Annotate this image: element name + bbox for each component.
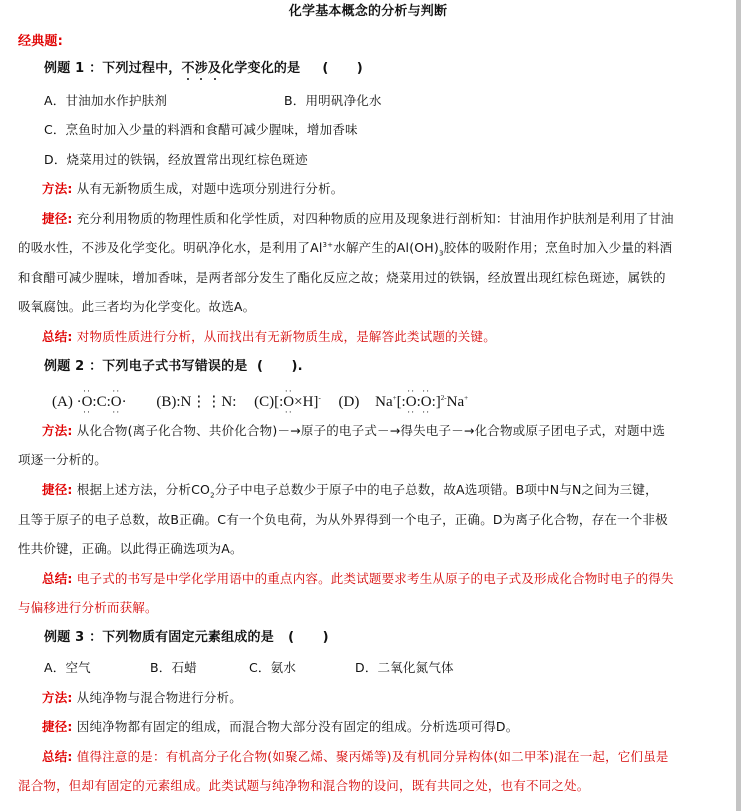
example-1-option-d: D．烧菜用过的铁锅，经放置常出现红棕色斑迹 [44,152,308,168]
example-1-option-c: C．烹鱼时加入少量的料酒和食醋可减少腥味，增加香味 [44,122,358,138]
example-1-shortcut-line-2: 的吸水性，不涉及化学变化。明矾净化水，是利用了Al3+水解产生的Al(OH)3胶… [18,240,672,256]
charge: + [464,394,468,402]
example-3-method: 方法: 从纯净物与混合物进行分析。 [42,690,242,706]
shortcut-text: 充分利用物质的物理性质和化学性质，对四种物质的应用及现象进行剖析知：甘油用作护肤… [77,211,674,226]
example-1-option-b: B．用明矾净化水 [284,93,382,109]
superscript-charge: 3+ [323,241,334,249]
oxygen-atom: ··O·· [82,394,93,410]
option-label: (D) [339,394,360,410]
formula-a: (A) ···O··:C:··O··· [52,394,130,410]
example-1-heading-suffix: 化学变化的是 [221,61,300,76]
vertical-scrollbar[interactable] [736,0,741,811]
example-1-heading-prefix: 例题 1 ：下列过程中， [44,61,182,76]
emphasis-char: 及 [208,61,221,76]
example-2-method-line-2: 项逐一分析的。 [18,452,107,468]
electron-dots: ·· [407,408,415,417]
electron-formula-options: (A) ···O··:C:··O··· (B):N⋮⋮N: (C)[:··O··… [52,394,468,410]
example-2-shortcut-line-2: 且等于原子的电子总数，故B正确。C有一个负电荷，为从外界得到一个电子，正确。D为… [18,512,668,528]
electron-dots: ·· [422,387,430,396]
electron-dots: ·· [285,387,293,396]
summary-text: 值得注意的是：有机高分子化合物(如聚乙烯、聚丙烯等)及有机同分异构体(如二甲苯)… [77,749,669,764]
oxygen-atom: ··O·· [111,394,122,410]
section-label: 经典题: [18,34,63,50]
option-label: (A) [52,394,73,410]
summary-text: 电子式的书写是中学化学用语中的重点内容。此类试题要求考生从原子的电子式及形成化合… [77,571,674,586]
example-3-option-a: A．空气 [44,660,91,676]
formula-d: (D) Na+[:··O··:··O··:]2-Na+ [339,394,469,410]
charge: - [318,394,320,402]
emphasis-char: 涉 [195,61,208,76]
shortcut-text: 因纯净物都有固定的组成，而混合物大部分没有固定的组成。分析选项可得D。 [77,719,519,734]
example-2-shortcut-line-3: 性共价键，正确。以此得正确选项为A。 [18,541,243,557]
electron-dots: ·· [422,408,430,417]
shortcut-text: 的吸水性，不涉及化学变化。明矾净化水，是利用了Al [18,240,323,255]
method-text: 从纯净物与混合物进行分析。 [77,690,242,705]
method-text: 从有无新物质生成，对题中选项分别进行分析。 [77,181,344,196]
summary-label: 总结: [42,749,73,764]
document-page: 化学基本概念的分析与判断 经典题: 例题 1 ：下列过程中，不涉及化学变化的是(… [0,0,736,811]
electron-dots: ·· [112,387,120,396]
example-2-heading: 例题 2 ：下列电子式书写错误的是 ( ). [44,359,303,375]
document-title: 化学基本概念的分析与判断 [0,4,736,20]
atom-symbol: C [97,394,107,410]
method-label: 方法: [42,690,73,705]
example-2-summary-line-2: 与偏移进行分析而获解。 [18,600,158,616]
atom-symbol: Na [447,394,465,410]
emphasis-char: 不 [182,61,195,76]
bracket: ×H] [294,394,318,410]
option-label: (B) [156,394,176,410]
example-3-option-b: B．石蜡 [150,660,197,676]
bracket: [: [397,394,406,410]
method-label: 方法: [42,181,73,196]
oxygen-atom: ··O·· [421,394,432,410]
example-2-summary-line-1: 总结: 电子式的书写是中学化学用语中的重点内容。此类试题要求考生从原子的电子式及… [42,571,674,587]
example-1-method: 方法: 从有无新物质生成，对题中选项分别进行分析。 [42,181,344,197]
method-text: 从化合物(离子化合物、共价化合物)－→原子的电子式－→得失电子－→化合物或原子团… [77,423,665,438]
shortcut-label: 捷径: [42,211,73,226]
example-1-shortcut-line-3: 和食醋可减少腥味，增加香味，是两者部分发生了酯化反应之故；烧菜用过的铁锅，经放置… [18,270,666,286]
example-3-summary-line-2: 混合物，但却有固定的元素组成。此类试题与纯净物和混合物的设问，既有共同之处，也有… [18,778,590,794]
electron-dot: · [122,394,127,410]
summary-label: 总结: [42,571,73,586]
example-3-summary-line-1: 总结: 值得注意的是：有机高分子化合物(如聚乙烯、聚丙烯等)及有机同分异构体(如… [42,749,669,765]
shortcut-text: 胶体的吸附作用；烹鱼时加入少量的料酒 [444,240,673,255]
oxygen-atom: ··O·· [283,394,294,410]
summary-text: 对物质性质进行分析，从而找出有无新物质生成，是解答此类试题的关键。 [77,329,496,344]
shortcut-label: 捷径: [42,482,73,497]
method-label: 方法: [42,423,73,438]
summary-label: 总结: [42,329,73,344]
example-3-heading: 例题 3 ：下列物质有固定元素组成的是 ( ) [44,630,329,646]
electron-dots: ·· [83,408,91,417]
answer-blank: ( ) [322,61,363,76]
option-label: (C) [254,394,274,410]
nitrogen-formula: :N⋮⋮N: [176,394,236,410]
atom-symbol: Na [375,394,393,410]
electron-dots: ·· [83,387,91,396]
formula-c: (C)[:··O··×H]- [254,394,324,410]
electron-dots: ·· [407,387,415,396]
bracket: [: [274,394,283,410]
shortcut-text: 根据上述方法，分析CO [77,482,210,497]
example-3-shortcut: 捷径: 因纯净物都有固定的组成，而混合物大部分没有固定的组成。分析选项可得D。 [42,719,518,735]
example-1-heading: 例题 1 ：下列过程中，不涉及化学变化的是( ) [44,61,363,77]
example-2-method-line-1: 方法: 从化合物(离子化合物、共价化合物)－→原子的电子式－→得失电子－→化合物… [42,423,665,439]
bracket: :] [432,394,441,410]
example-1-summary: 总结: 对物质性质进行分析，从而找出有无新物质生成，是解答此类试题的关键。 [42,329,496,345]
example-3-option-c: C．氨水 [249,660,296,676]
example-1-shortcut-line-4: 吸氧腐蚀。此三者均为化学变化。故选A。 [18,299,255,315]
shortcut-label: 捷径: [42,719,73,734]
shortcut-text: 水解产生的Al(OH) [333,240,439,255]
example-3-option-d: D．二氧化氮气体 [355,660,454,676]
example-1-shortcut-line-1: 捷径: 充分利用物质的物理性质和化学性质，对四种物质的应用及现象进行剖析知：甘油… [42,211,674,227]
shortcut-text: 分子中电子总数少于原子中的电子总数，故A选项错。B项中N与N之间为三键， [215,482,658,497]
oxygen-atom: ··O·· [406,394,417,410]
electron-dots: ·· [112,408,120,417]
electron-dots: ·· [285,408,293,417]
example-1-option-a: A．甘油加水作护肤剂 [44,93,167,109]
example-2-shortcut-line-1: 捷径: 根据上述方法，分析CO2分子中电子总数少于原子中的电子总数，故A选项错。… [42,482,658,498]
formula-b: (B):N⋮⋮N: [156,394,240,410]
